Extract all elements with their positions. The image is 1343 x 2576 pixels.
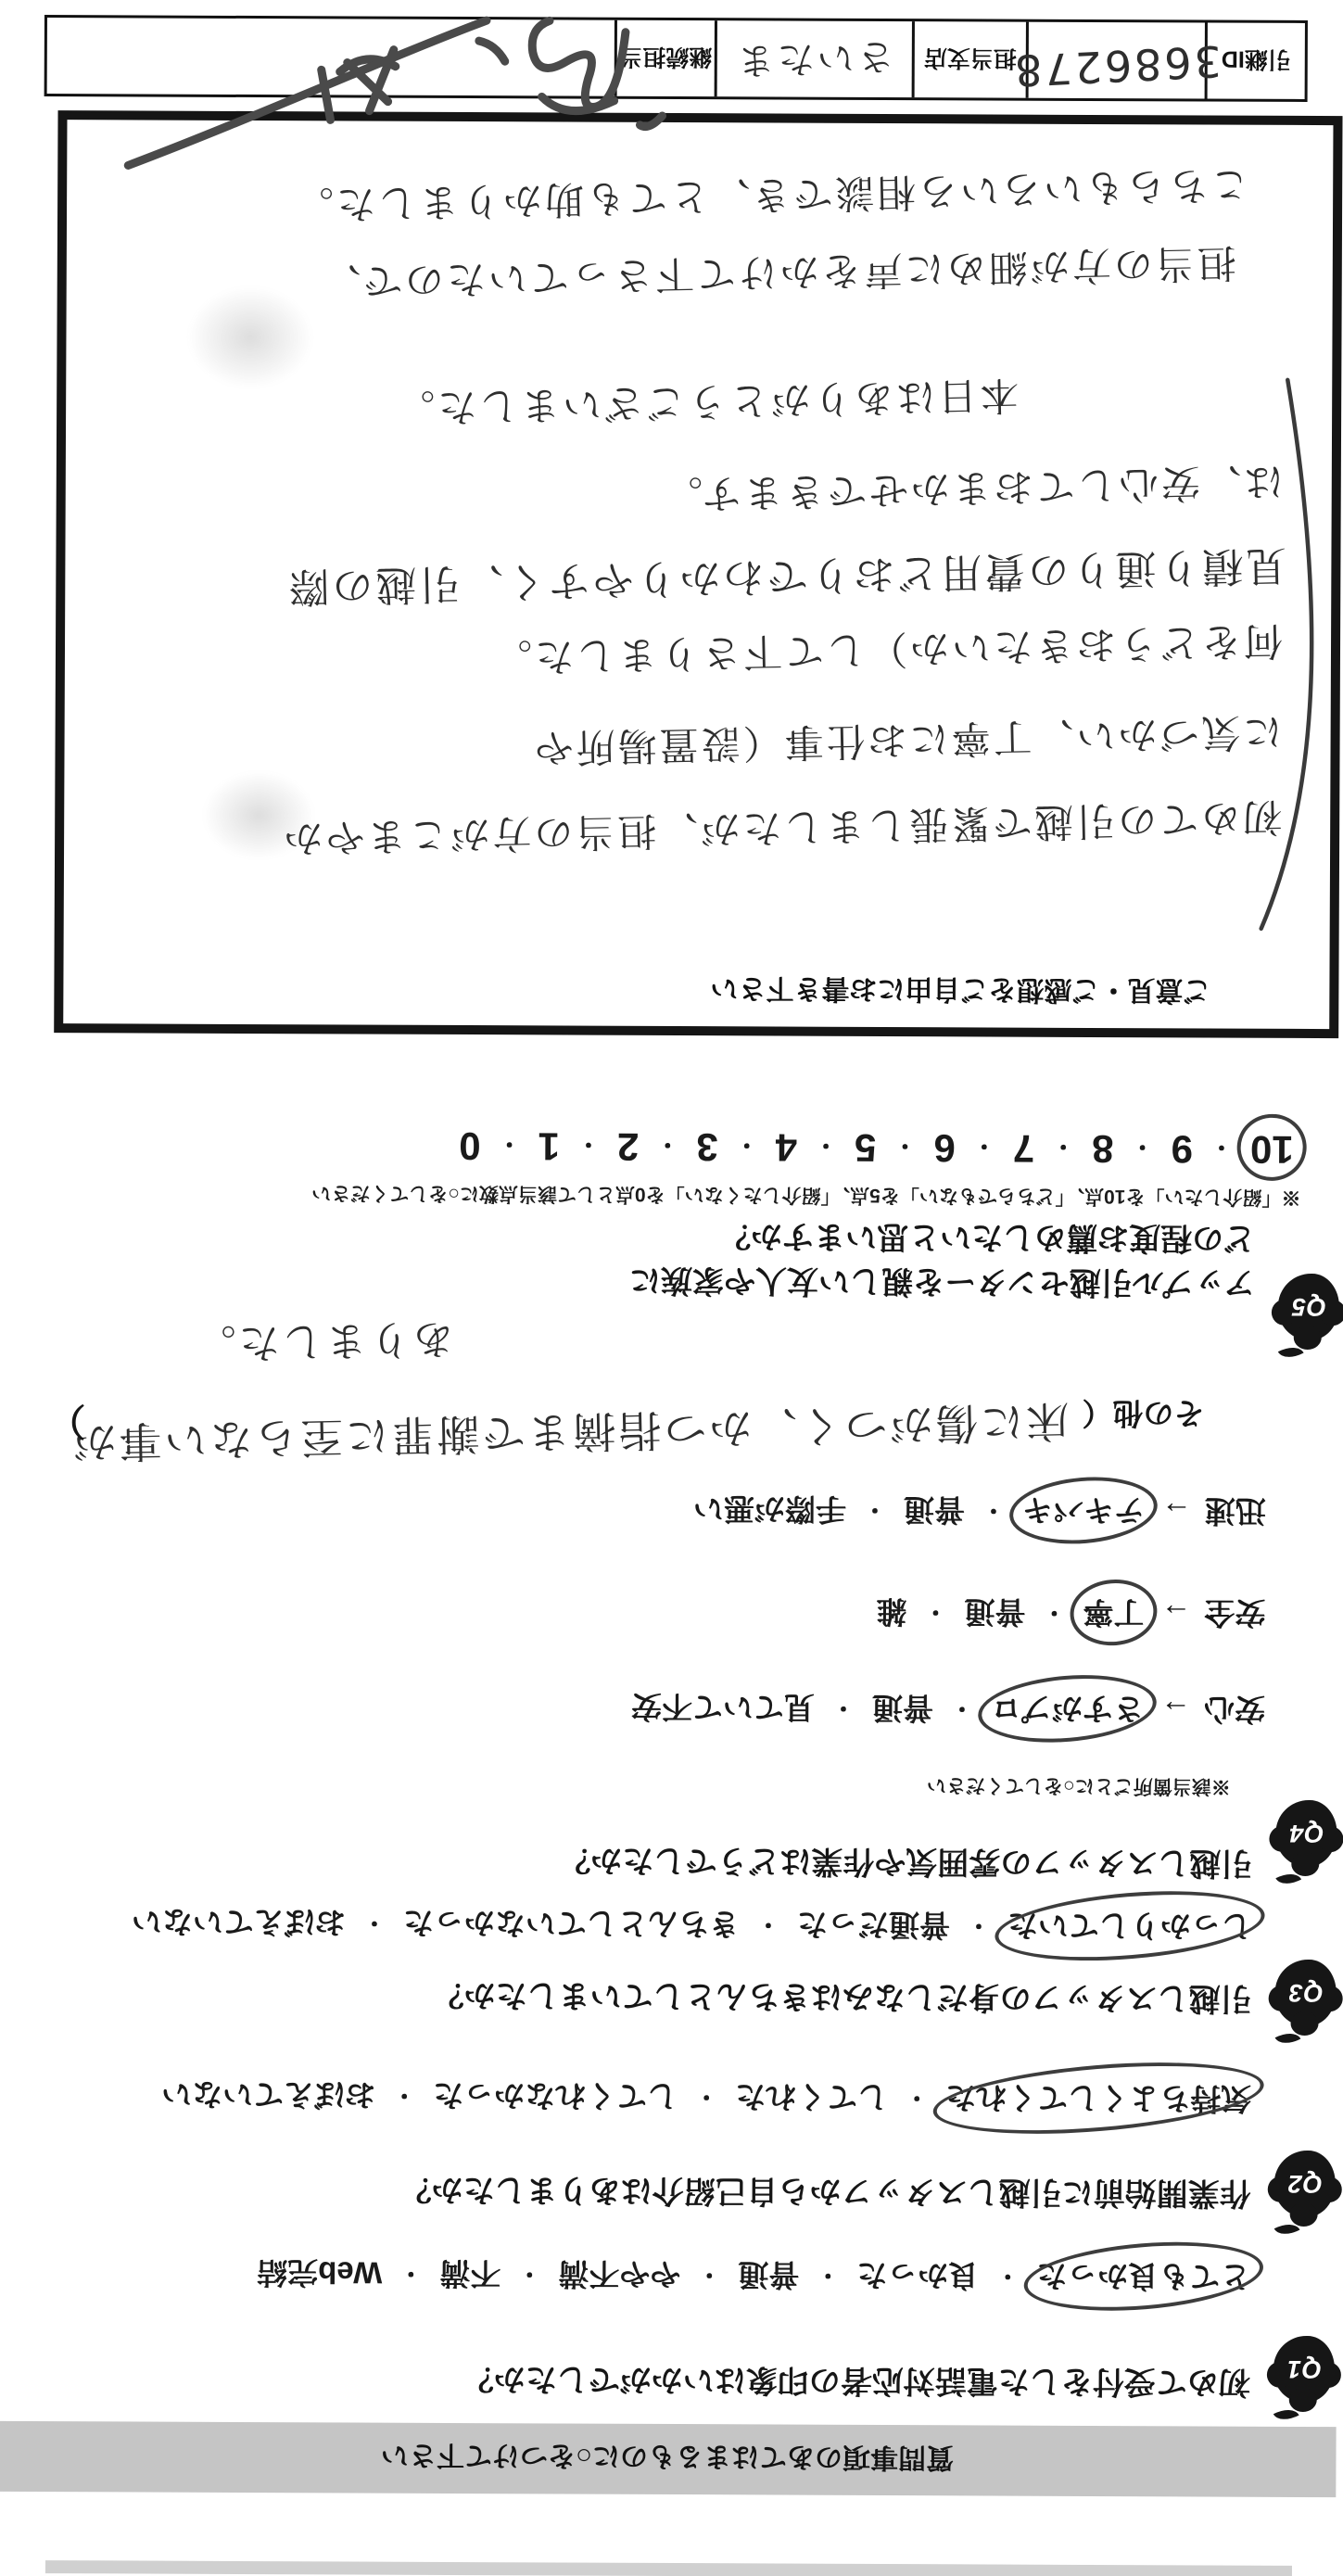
scanned-survey-sheet: 質問事項のあてはまるものに○をつけて下さい Q1 初めて受付をした電話対応者の印…: [0, 0, 1343, 2576]
option-separator-dot: ・: [560, 1129, 617, 1163]
q2-option: おぼえていない: [161, 2075, 375, 2119]
q3-badge-label: Q3: [1275, 1960, 1337, 2026]
q2-badge-icon: Q2: [1274, 2141, 1336, 2234]
option-separator-dot: ・: [680, 2259, 738, 2293]
option-separator-dot: ・: [500, 2258, 558, 2292]
q4-option: 普通: [964, 1592, 1025, 1635]
handover-id-value: 3686278: [1029, 22, 1208, 99]
option-separator-dot: ・: [375, 2080, 433, 2114]
scan-edge-gray-strip: [45, 2560, 1292, 2576]
q5-question-line2: どの程度お薦めしたいと思いますか？: [719, 1216, 1255, 1264]
q1-option: 良かった: [856, 2255, 979, 2300]
q5-note-text: ※「紹介したい」を10点、「どちらでもない」を5点、「紹介したくない」を0点とし…: [311, 1180, 1300, 1212]
q2-option: 気持ちよくしてくれた: [945, 2077, 1251, 2122]
scan-smudge: [203, 771, 314, 860]
q5-scale-number: 2: [617, 1124, 640, 1169]
section-title-bar: 質問事項のあてはまるものに○をつけて下さい: [0, 2421, 1337, 2497]
q4-row-anzen: 安全 → 丁寧・普通・雑: [876, 1592, 1265, 1637]
q1-option: Web完結: [257, 2252, 382, 2297]
option-separator-dot: ・: [346, 1907, 403, 1941]
q4-option: 普通: [872, 1688, 933, 1732]
q5-scale-number: 6: [933, 1125, 956, 1170]
comment-handwritten-line: 担当の方が細めに声をかけて下さっていたので、: [319, 237, 1236, 313]
q2-badge-label: Q2: [1274, 2151, 1336, 2217]
option-separator-dot: ・: [678, 2081, 735, 2115]
q4-option: テキパキ: [1022, 1491, 1145, 1535]
q3-option: しっかりしていた: [1007, 1906, 1252, 1950]
handover-id-label: 引継ID: [1208, 23, 1305, 99]
q4-row-anshin-options: さすがプロ・普通・見ていて不安: [631, 1687, 1144, 1732]
option-separator-dot: ・: [799, 2260, 856, 2294]
handover-branch-value: さいたま: [717, 20, 915, 97]
q4-badge-label: Q4: [1275, 1800, 1337, 1867]
q3-question-text: 引越しスタッフの身だしなみはきちんとしていましたか？: [433, 1975, 1252, 2024]
q2-question-text: 作業開始前に引越しスタッフから自己紹介はありましたか？: [400, 2170, 1251, 2219]
comment-box: ご意見・ご感想をご自由にお書き下さい 初めての引越で緊張しましたが、担当の方がこ…: [54, 110, 1342, 1038]
q2-option: してくれた: [735, 2076, 888, 2121]
comment-handwritten-line: に気づかい、丁寧にお仕事（設置場所や: [531, 706, 1283, 779]
option-separator-dot: ・: [876, 1130, 933, 1164]
comment-handwriting-area: 初めての引越で緊張しましたが、担当の方がこまやかに気づかい、丁寧にお仕事（設置場…: [63, 120, 1333, 1029]
section-title-text: 質問事項のあてはまるものに○をつけて下さい: [381, 2438, 954, 2481]
q1-option: とても良かった: [1036, 2256, 1250, 2301]
q2-option: してくれなかった: [433, 2075, 678, 2120]
q4-row-anzen-label: 安全: [1204, 1593, 1265, 1637]
q5-badge-label: Q5: [1278, 1274, 1339, 1340]
q5-scale-number: 9: [1171, 1126, 1193, 1171]
option-separator-dot: ・: [797, 1130, 855, 1164]
q4-other-handwriting: 床に傷がつく、かつ指摘まで謝罪に至らない事が: [70, 1393, 1070, 1476]
scanned-survey-screenshot: 質問事項のあてはまるものに○をつけて下さい Q1 初めて受付をした電話対応者の印…: [0, 0, 1343, 2576]
q5-scale-number: 7: [1013, 1126, 1035, 1171]
comment-handwritten-line: は、安心しておまかせできます。: [661, 456, 1285, 526]
q1-option: 不満: [439, 2253, 500, 2297]
q4-row-jinsoku-label: 迅速: [1205, 1491, 1266, 1535]
q5-scale-number: 10: [1250, 1127, 1294, 1172]
q5-scale-number: 5: [855, 1125, 877, 1170]
q1-badge-label: Q1: [1273, 2336, 1335, 2403]
q4-option: 見ていて不安: [631, 1687, 815, 1732]
q4-option: 丁寧: [1083, 1593, 1144, 1636]
scan-smudge: [187, 286, 312, 389]
q4-note-text: ※該当箇所ごとに○をしてください: [927, 1772, 1231, 1801]
q4-question-text: 引越しスタッフの雰囲気や作業はどうでしたか？: [559, 1840, 1252, 1888]
q5-scale-number: 0: [459, 1123, 481, 1168]
q3-option: 普通だった: [797, 1905, 950, 1949]
option-separator-dot: ・: [1034, 1131, 1092, 1165]
option-separator-dot: ・: [740, 1909, 797, 1943]
option-separator-dot: ・: [906, 1596, 964, 1631]
q4-row-anzen-options: 丁寧・普通・雑: [876, 1592, 1144, 1636]
q4-option: 雑: [876, 1592, 906, 1635]
option-separator-dot: ・: [956, 1131, 1013, 1165]
q5-scale-number: 3: [696, 1124, 718, 1169]
q4-row-anshin: 安心 → さすがプロ・普通・見ていて不安: [631, 1687, 1265, 1733]
option-separator-dot: ・: [639, 1129, 696, 1163]
q4-other-row: その他（ 床に傷がつく、かつ指摘まで謝罪に至らない事が: [70, 1389, 1204, 1454]
q4-badge-icon: Q4: [1275, 1791, 1337, 1884]
q1-badge-icon: Q1: [1273, 2327, 1335, 2419]
q5-scale-number: 1: [538, 1123, 560, 1168]
option-separator-dot: ・: [846, 1494, 904, 1529]
handover-id-handwriting: 3686278: [1011, 36, 1223, 96]
q3-option: おぼえていない: [132, 1901, 346, 1946]
q5-badge-icon: Q5: [1278, 1264, 1339, 1357]
q3-option: きちんとしていなかった: [403, 1903, 740, 1948]
q5-question-line1: アップル引越センターを親しい友人や家族に: [629, 1261, 1255, 1309]
q1-option: 普通: [738, 2254, 799, 2298]
q3-options-row: しっかりしていた・普通だった・きちんとしていなかった・おぼえていない: [132, 1901, 1252, 1949]
q4-row-jinsoku-options: テキパキ・普通・手際が悪い: [693, 1489, 1145, 1534]
q1-option: やや不満: [558, 2253, 680, 2298]
staff-signature-handwriting: [106, 0, 700, 173]
q5-scale-number: 8: [1092, 1126, 1114, 1171]
q1-options-row: とても良かった・良かった・普通・やや不満・不満・Web完結: [257, 2252, 1250, 2301]
option-separator-dot: ・: [480, 1129, 538, 1163]
handover-branch-handwriting: さいたま: [734, 33, 895, 91]
q4-row-anshin-label: 安心: [1204, 1690, 1265, 1733]
option-separator-dot: ・: [382, 2258, 439, 2292]
comment-handwritten-line: 本日はありがとうございました。: [393, 370, 1020, 439]
comment-handwritten-line: 初めての引越で緊張しましたが、担当の方がこまやか: [281, 792, 1283, 869]
option-separator-dot: ・: [815, 1693, 872, 1727]
q1-question-text: 初めて受付をした電話対応者の印象はいかがでしたか？: [462, 2359, 1250, 2408]
q5-scale-number: 4: [776, 1124, 798, 1169]
q4-other-close-paren: ）: [48, 1397, 85, 1450]
option-separator-dot: ・: [1113, 1132, 1171, 1166]
q5-nps-scale: 10・9・8・7・6・5・4・3・2・1・0: [459, 1123, 1294, 1172]
q4-other-label: その他（: [1082, 1393, 1204, 1438]
comment-handwritten-line: 何をどうおきたいか）して下さりました。: [490, 615, 1284, 689]
comment-handwritten-line: 見積り通りの費用どおりでわかりやすく、引越の際: [285, 539, 1287, 621]
q4-row-jinsoku: 迅速 → テキパキ・普通・手際が悪い: [693, 1489, 1266, 1535]
q4-option: 普通: [904, 1490, 965, 1533]
q4-other-handwriting-line2: ありました。: [192, 1313, 454, 1377]
q4-option: 手際が悪い: [693, 1489, 846, 1533]
option-separator-dot: ・: [718, 1130, 776, 1164]
handwritten-curve-stroke: [1241, 362, 1337, 936]
q4-option: さすがプロ: [991, 1689, 1144, 1733]
q3-badge-icon: Q3: [1274, 1950, 1336, 2043]
q2-options-row: 気持ちよくしてくれた・してくれた・してくれなかった・おぼえていない: [161, 2075, 1251, 2123]
